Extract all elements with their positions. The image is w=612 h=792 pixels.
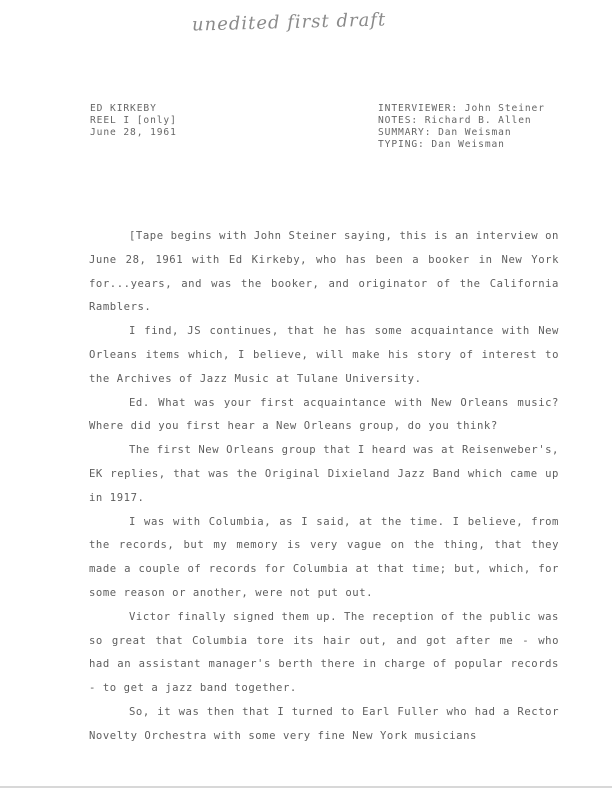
header-credits-block: INTERVIEWER: John Steiner NOTES: Richard… [378,103,545,151]
transcript-body: [Tape begins with John Steiner saying, t… [89,225,559,749]
paragraph: I was with Columbia, as I said, at the t… [89,511,559,606]
handwritten-annotation: unedited first draft [192,9,387,35]
summary-credit: SUMMARY: Dan Weisman [378,127,545,139]
paragraph: The first New Orleans group that I heard… [89,439,559,510]
paragraph: [Tape begins with John Steiner saying, t… [89,225,559,320]
transcript-page: unedited first draft ED KIRKEBY REEL I [… [0,0,612,792]
paragraph: I find, JS continues, that he has some a… [89,320,559,391]
header-subject-block: ED KIRKEBY REEL I [only] June 28, 1961 [90,103,177,139]
reel-label: REEL I [only] [90,115,177,127]
paragraph: Ed. What was your first acquaintance wit… [89,392,559,440]
interview-date: June 28, 1961 [90,127,177,139]
page-bottom-edge [0,786,612,788]
typing-credit: TYPING: Dan Weisman [378,139,545,151]
paragraph: Victor finally signed them up. The recep… [89,606,559,701]
interviewer-credit: INTERVIEWER: John Steiner [378,103,545,115]
paragraph: So, it was then that I turned to Earl Fu… [89,701,559,749]
notes-credit: NOTES: Richard B. Allen [378,115,545,127]
interviewee-name: ED KIRKEBY [90,103,177,115]
